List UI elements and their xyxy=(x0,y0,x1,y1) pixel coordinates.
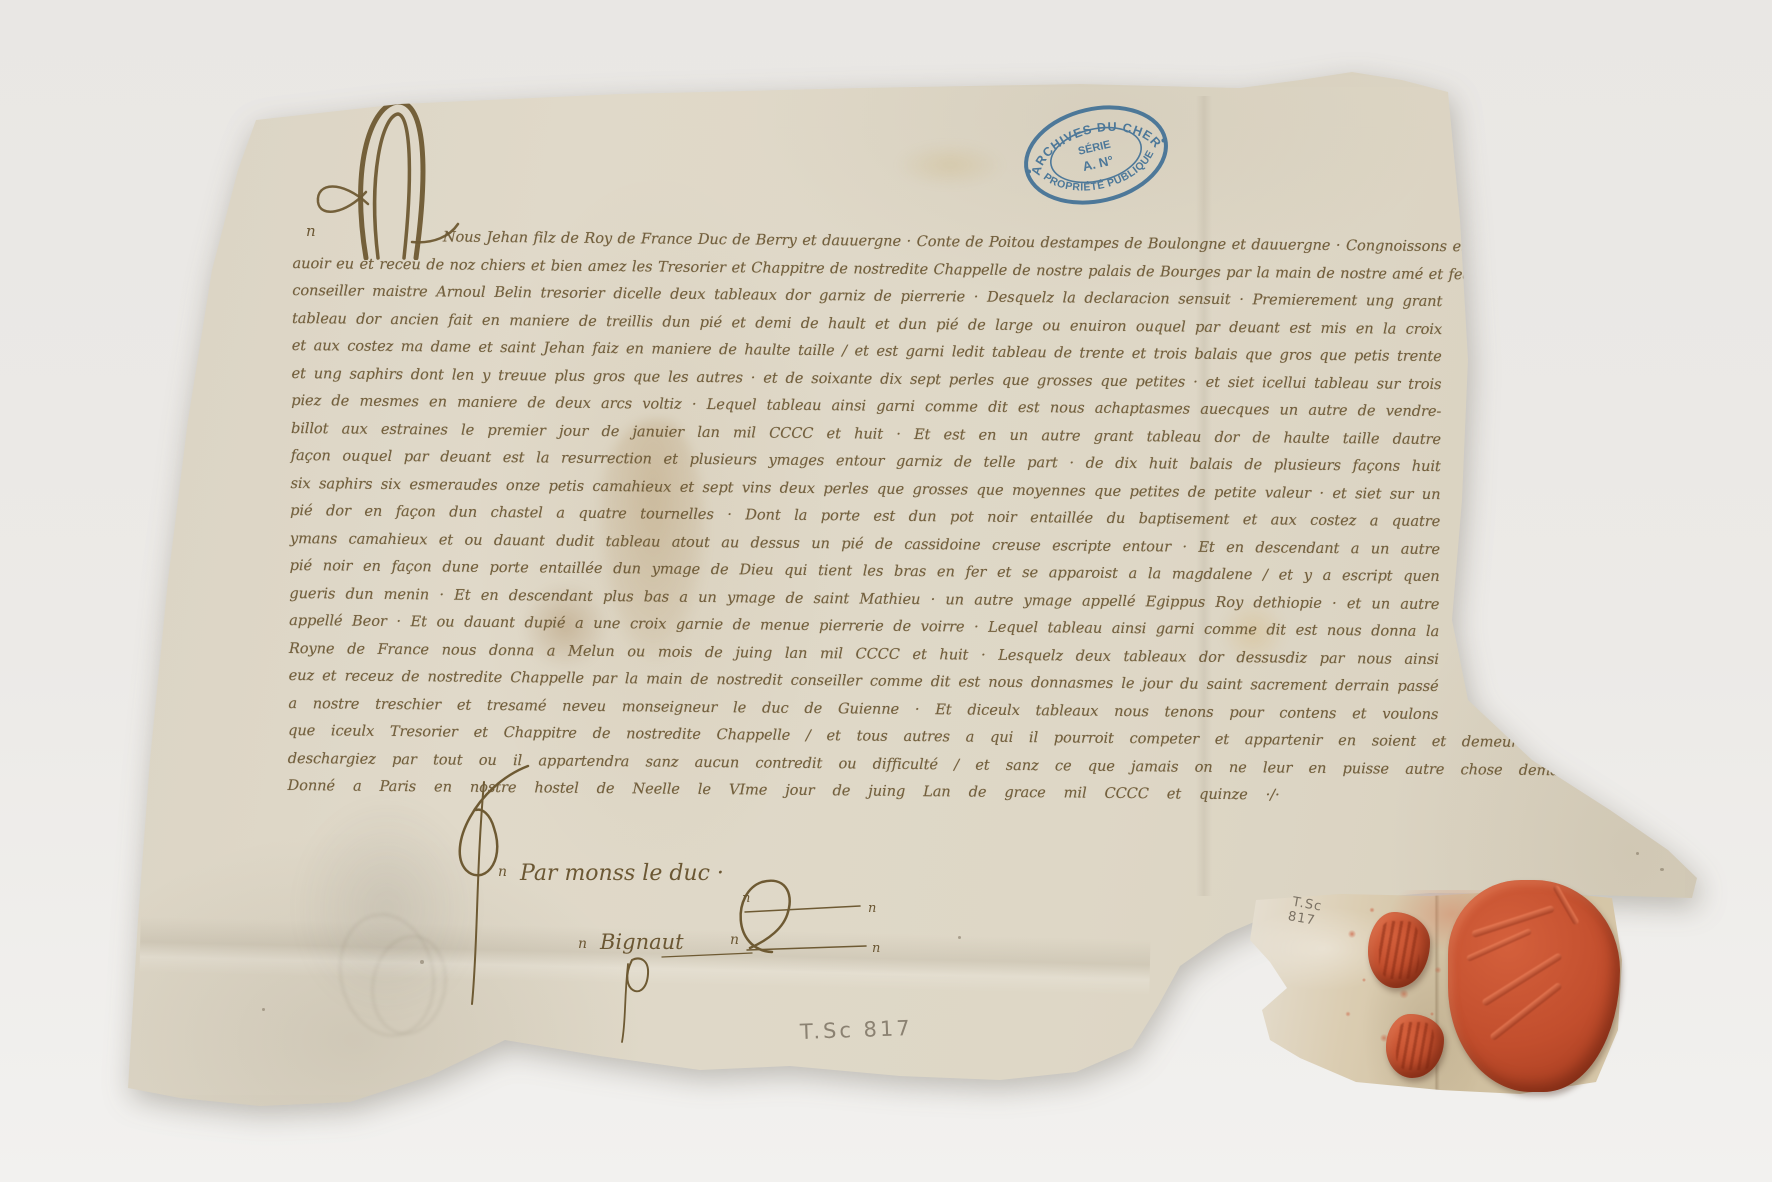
heart-loop-flourish xyxy=(627,959,648,992)
manuscript-text-block: Nous Jehan filz de Roy de France Duc de … xyxy=(287,222,1442,811)
signature-descender xyxy=(622,964,628,1042)
ink-speck xyxy=(1636,852,1639,855)
foxing-dot xyxy=(262,1008,265,1011)
paraph-flourish xyxy=(460,766,528,875)
wax-relief-ridge xyxy=(1471,905,1555,938)
notary-mark: n xyxy=(872,941,880,956)
ink-speck xyxy=(1660,868,1664,871)
archive-ink-stamp: ARCHIVES DU CHER PROPRIÉTÉ PUBLIQUE SÉRI… xyxy=(1010,88,1181,222)
ruled-flourish-line xyxy=(747,946,866,950)
notary-mark: n xyxy=(498,864,507,880)
notary-mark: n xyxy=(578,936,587,952)
pencil-shelfmark: T.Sc 817 xyxy=(800,1016,913,1044)
paraph-descender xyxy=(472,782,484,1004)
tag-pencil-shelfmark: T.Sc 817 xyxy=(1289,895,1324,930)
subscription-text: Par monss le duc · xyxy=(519,861,724,886)
ruled-flourish-line xyxy=(745,906,860,912)
chancery-subscription-block: n Par monss le duc · n Bignaut n n n n xyxy=(432,752,1012,1052)
notary-mark: n xyxy=(868,901,876,916)
wax-seal-large-fragment xyxy=(1448,880,1620,1092)
notary-mark: n xyxy=(742,891,750,906)
wax-relief-ridge xyxy=(1481,952,1563,1007)
notary-mark: n xyxy=(730,932,739,948)
photo-of-charter: n Nous Jehan filz de Roy de France Duc d… xyxy=(0,0,1772,1182)
wax-relief-bars xyxy=(1379,921,1419,979)
foxing-stain xyxy=(895,142,1005,188)
signature-text: Bignaut xyxy=(599,930,684,954)
wax-relief-bars xyxy=(1396,1022,1433,1071)
wax-relief-ridge xyxy=(1552,884,1579,925)
foxing-dot xyxy=(420,960,424,964)
